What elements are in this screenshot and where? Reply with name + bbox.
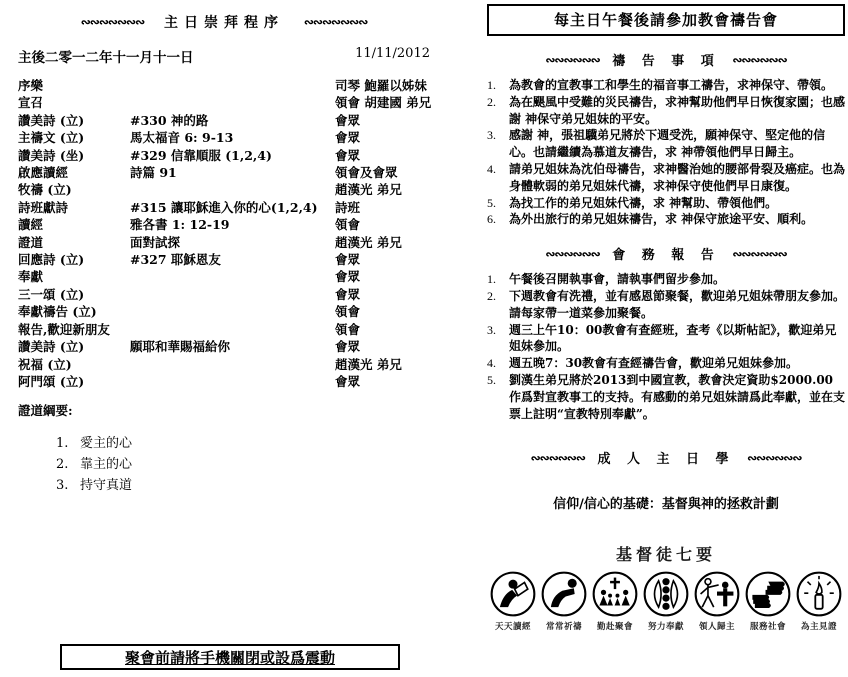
program-item: 祝福 (立) (18, 356, 130, 373)
church-affairs-list: 1.午餐後召開執事會，請執事們留步參加。 2.下週教會有洗禮，並有感恩節聚餐，歡… (487, 271, 845, 422)
date-numeric: 11/11/2012 (355, 46, 430, 66)
seven-essentials-title: 基督徒七要 (487, 542, 845, 565)
essential-item: 領人歸主 (693, 571, 742, 632)
program-content: 面對試探 (130, 234, 335, 251)
outline-number: 3. (56, 475, 80, 496)
program-who: 會眾 (335, 112, 431, 129)
program-content: #329 信靠順服 (1,2,4) (130, 147, 335, 164)
program-content (130, 321, 335, 338)
essential-item: 為主見證 (795, 571, 844, 632)
item-number: 4. (487, 161, 501, 195)
program-content (130, 303, 335, 320)
item-number: 5. (487, 372, 501, 422)
church-affairs-header: ∾∾∾∾∾∾ 會 務 報 告 ∾∾∾∾∾∾ (487, 244, 845, 263)
ornament-chain-right: ∾∾∾∾∾∾ (732, 247, 786, 261)
program-item: 證道 (18, 234, 130, 251)
item-text: 週三上午10：00教會有查經班，查考《以斯帖記》，歡迎弟兄姐妹參加。 (509, 322, 845, 356)
essential-item: 常常祈禱 (540, 571, 589, 632)
item-number: 4. (487, 355, 501, 372)
essential-label: 領人歸主 (699, 620, 735, 632)
program-item: 詩班獻詩 (18, 199, 130, 216)
program-who: 領會及會眾 (335, 164, 431, 181)
outline-item: 1.愛主的心 (56, 433, 430, 454)
outline-text: 愛主的心 (80, 433, 132, 454)
prayer-item: 2.為在颶風中受難的災民禱告，求神幫助他們早日恢復家園；也感謝 神保守弟兄姐妹的… (487, 94, 845, 128)
program-who: 趙漢光 弟兄 (335, 356, 431, 373)
item-text: 為外出旅行的弟兄姐妹禱告，求 神保守旅途平安、順利。 (509, 211, 845, 228)
program-item: 牧禱 (立) (18, 181, 130, 198)
program-content: 詩篇 91 (130, 164, 335, 181)
item-number: 3. (487, 127, 501, 161)
outline-item: 2.靠主的心 (56, 454, 430, 475)
program-who: 領會 (335, 321, 431, 338)
program-who: 領會 (335, 303, 431, 320)
essential-item: 努力奉獻 (642, 571, 691, 632)
prayer-meeting-banner: 每主日午餐後請參加教會禱告會 (487, 4, 845, 36)
sermon-outline-title: 證道綱要: (18, 401, 430, 419)
ornament-chain-right: ∾∾∾∾∾∾∾ (304, 15, 367, 29)
item-text: 劉漢生弟兄將於2013到中國宣教，教會決定資助$2000.00作爲對宣教事工的支… (509, 372, 845, 422)
program-who: 會眾 (335, 251, 431, 268)
outline-text: 持守真道 (80, 475, 132, 496)
offering-icon (643, 571, 689, 617)
item-text: 週五晚7：30教會有查經禱告會，歡迎弟兄姐妹參加。 (509, 355, 845, 372)
worship-order-column: ∾∾∾∾∾∾∾ 主日崇拜程序 ∾∾∾∾∾∾∾ 主後二零一二年十一月十一日 11/… (18, 12, 430, 496)
program-item: 回應詩 (立) (18, 251, 130, 268)
program-who: 司琴 鮑羅以姊妹 (335, 77, 431, 94)
program-item: 宣召 (18, 94, 130, 111)
phone-silence-notice-text: 聚會前請將手機關閉或設爲震動 (125, 647, 335, 668)
program-who: 詩班 (335, 199, 431, 216)
affairs-item: 2.下週教會有洗禮，並有感恩節聚餐，歡迎弟兄姐妹帶朋友參加。請每家帶一道菜參加聚… (487, 288, 845, 322)
program-content: #315 讓耶穌進入你的心(1,2,4) (130, 199, 335, 216)
sermon-outline-list: 1.愛主的心 2.靠主的心 3.持守真道 (56, 433, 430, 496)
date-chinese: 主後二零一二年十一月十一日 (18, 46, 194, 66)
affairs-item: 3.週三上午10：00教會有查經班，查考《以斯帖記》，歡迎弟兄姐妹參加。 (487, 322, 845, 356)
seven-essentials-section: 基督徒七要 天天讀經 (487, 542, 845, 632)
program-who: 領會 (335, 216, 431, 233)
prayer-items-list: 1.為教會的宣教事工和學生的福音事工禱告，求神保守、帶領。 2.為在颶風中受難的… (487, 77, 845, 228)
program-item: 阿門頌 (立) (18, 373, 130, 390)
program-who: 會眾 (335, 129, 431, 146)
prayer-icon (541, 571, 587, 617)
program-item: 讚美詩 (立) (18, 112, 130, 129)
program-content (130, 356, 335, 373)
ornament-chain-left: ∾∾∾∾∾∾ (531, 451, 585, 465)
item-text: 下週教會有洗禮，並有感恩節聚餐，歡迎弟兄姐妹帶朋友參加。請每家帶一道菜參加聚餐。 (509, 288, 845, 322)
item-text: 感謝 神，張祖驥弟兄將於下週受洗，願神保守、堅定他的信心。也請繼續為慕道友禱告，… (509, 127, 845, 161)
item-text: 午餐後召開執事會，請執事們留步參加。 (509, 271, 845, 288)
program-item: 序樂 (18, 77, 130, 94)
program-content: #327 耶穌恩友 (130, 251, 335, 268)
ornament-chain-left: ∾∾∾∾∾∾ (545, 247, 599, 261)
essential-label: 努力奉獻 (648, 620, 684, 632)
essential-item: 服務社會 (744, 571, 793, 632)
ornament-chain-right: ∾∾∾∾∾∾ (747, 451, 801, 465)
prayer-items-title: 禱 告 事 項 (612, 54, 720, 69)
church-bulletin-page: ∾∾∾∾∾∾∾ 主日崇拜程序 ∾∾∾∾∾∾∾ 主後二零一二年十一月十一日 11/… (0, 0, 848, 677)
item-number: 3. (487, 322, 501, 356)
program-item: 主禱文 (立) (18, 129, 130, 146)
announcements-column: 每主日午餐後請參加教會禱告會 ∾∾∾∾∾∾ 禱 告 事 項 ∾∾∾∾∾∾ 1.為… (487, 4, 845, 632)
affairs-item: 5.劉漢生弟兄將於2013到中國宣教，教會決定資助$2000.00作爲對宣教事工… (487, 372, 845, 422)
worship-order-title-text: 主日崇拜程序 (164, 15, 284, 31)
outline-number: 1. (56, 433, 80, 454)
program-who: 會眾 (335, 338, 431, 355)
program-who: 趙漢光 弟兄 (335, 181, 431, 198)
evangelism-icon (694, 571, 740, 617)
prayer-meeting-banner-text: 每主日午餐後請參加教會禱告會 (554, 11, 778, 29)
phone-silence-notice-box: 聚會前請將手機關閉或設爲震動 (60, 644, 400, 670)
prayer-items-header: ∾∾∾∾∾∾ 禱 告 事 項 ∾∾∾∾∾∾ (487, 50, 845, 69)
program-item: 讚美詩 (坐) (18, 147, 130, 164)
prayer-item: 1.為教會的宣教事工和學生的福音事工禱告，求神保守、帶領。 (487, 77, 845, 94)
item-text: 請弟兄姐妹為沈伯母禱告，求神醫治她的腰部骨裂及癌症。也為身體軟弱的弟兄姐妹代禱，… (509, 161, 845, 195)
item-number: 6. (487, 211, 501, 228)
program-who: 會眾 (335, 373, 431, 390)
ornament-chain-left: ∾∾∾∾∾∾∾ (81, 15, 144, 29)
program-item: 讀經 (18, 216, 130, 233)
item-number: 1. (487, 77, 501, 94)
essential-label: 天天讀經 (495, 620, 531, 632)
program-content (130, 181, 335, 198)
program-item: 三一頌 (立) (18, 286, 130, 303)
program-content (130, 286, 335, 303)
program-content (130, 77, 335, 94)
prayer-item: 3.感謝 神，張祖驥弟兄將於下週受洗，願神保守、堅定他的信心。也請繼續為慕道友禱… (487, 127, 845, 161)
bible-reading-icon (490, 571, 536, 617)
essential-item: 勤赴聚會 (591, 571, 640, 632)
program-content (130, 94, 335, 111)
assembly-icon (592, 571, 638, 617)
program-item: 奉獻禱告 (立) (18, 303, 130, 320)
item-text: 為教會的宣教事工和學生的福音事工禱告，求神保守、帶領。 (509, 77, 845, 94)
outline-number: 2. (56, 454, 80, 475)
prayer-item: 6.為外出旅行的弟兄姐妹禱告，求 神保守旅途平安、順利。 (487, 211, 845, 228)
adult-sunday-school-header: ∾∾∾∾∾∾ 成 人 主 日 學 ∾∾∾∾∾∾ (487, 448, 845, 467)
essential-label: 勤赴聚會 (597, 620, 633, 632)
essential-item: 天天讀經 (489, 571, 538, 632)
program-item: 奉獻 (18, 268, 130, 285)
program-item: 報告,歡迎新朋友 (18, 321, 130, 338)
program-who: 會眾 (335, 286, 431, 303)
ornament-chain-left: ∾∾∾∾∾∾ (545, 53, 599, 67)
program-content (130, 268, 335, 285)
program-content: 馬太福音 6: 9-13 (130, 129, 335, 146)
item-text: 為在颶風中受難的災民禱告，求神幫助他們早日恢復家園；也感謝 神保守弟兄姐妹的平安… (509, 94, 845, 128)
program-item: 啟應讀經 (18, 164, 130, 181)
outline-item: 3.持守真道 (56, 475, 430, 496)
witness-candle-icon (796, 571, 842, 617)
program-content: 雅各書 1: 12-19 (130, 216, 335, 233)
church-affairs-title: 會 務 報 告 (612, 248, 720, 263)
prayer-item: 5.為找工作的弟兄姐妹代禱，求 神幫助、帶領他們。 (487, 195, 845, 212)
program-content: 願耶和華賜福給你 (130, 338, 335, 355)
item-text: 為找工作的弟兄姐妹代禱，求 神幫助、帶領他們。 (509, 195, 845, 212)
date-row: 主後二零一二年十一月十一日 11/11/2012 (18, 46, 430, 66)
essential-label: 服務社會 (750, 620, 786, 632)
essential-label: 常常祈禱 (546, 620, 582, 632)
program-content (130, 373, 335, 390)
prayer-item: 4.請弟兄姐妹為沈伯母禱告，求神醫治她的腰部骨裂及癌症。也為身體軟弱的弟兄姐妹代… (487, 161, 845, 195)
program-who: 會眾 (335, 268, 431, 285)
affairs-item: 1.午餐後召開執事會，請執事們留步參加。 (487, 271, 845, 288)
program-content: #330 神的路 (130, 112, 335, 129)
item-number: 5. (487, 195, 501, 212)
order-of-service-table: 序樂司琴 鮑羅以姊妹 宣召領會 胡建國 弟兄 讚美詩 (立)#330 神的路會眾… (18, 77, 430, 390)
item-number: 2. (487, 94, 501, 128)
worship-order-title: ∾∾∾∾∾∾∾ 主日崇拜程序 ∾∾∾∾∾∾∾ (18, 12, 430, 32)
item-number: 2. (487, 288, 501, 322)
seven-essentials-icons: 天天讀經 常常祈禱 (487, 571, 845, 632)
item-number: 1. (487, 271, 501, 288)
community-service-icon (745, 571, 791, 617)
program-who: 會眾 (335, 147, 431, 164)
outline-text: 靠主的心 (80, 454, 132, 475)
sunday-school-topic: 信仰/信心的基礎：基督與神的拯救計劃 (487, 493, 845, 512)
adult-sunday-school-title: 成 人 主 日 學 (597, 452, 734, 467)
ornament-chain-right: ∾∾∾∾∾∾ (732, 53, 786, 67)
affairs-item: 4.週五晚7：30教會有查經禱告會，歡迎弟兄姐妹參加。 (487, 355, 845, 372)
program-who: 領會 胡建國 弟兄 (335, 94, 431, 111)
essential-label: 為主見證 (801, 620, 837, 632)
program-who: 趙漢光 弟兄 (335, 234, 431, 251)
program-item: 讚美詩 (立) (18, 338, 130, 355)
